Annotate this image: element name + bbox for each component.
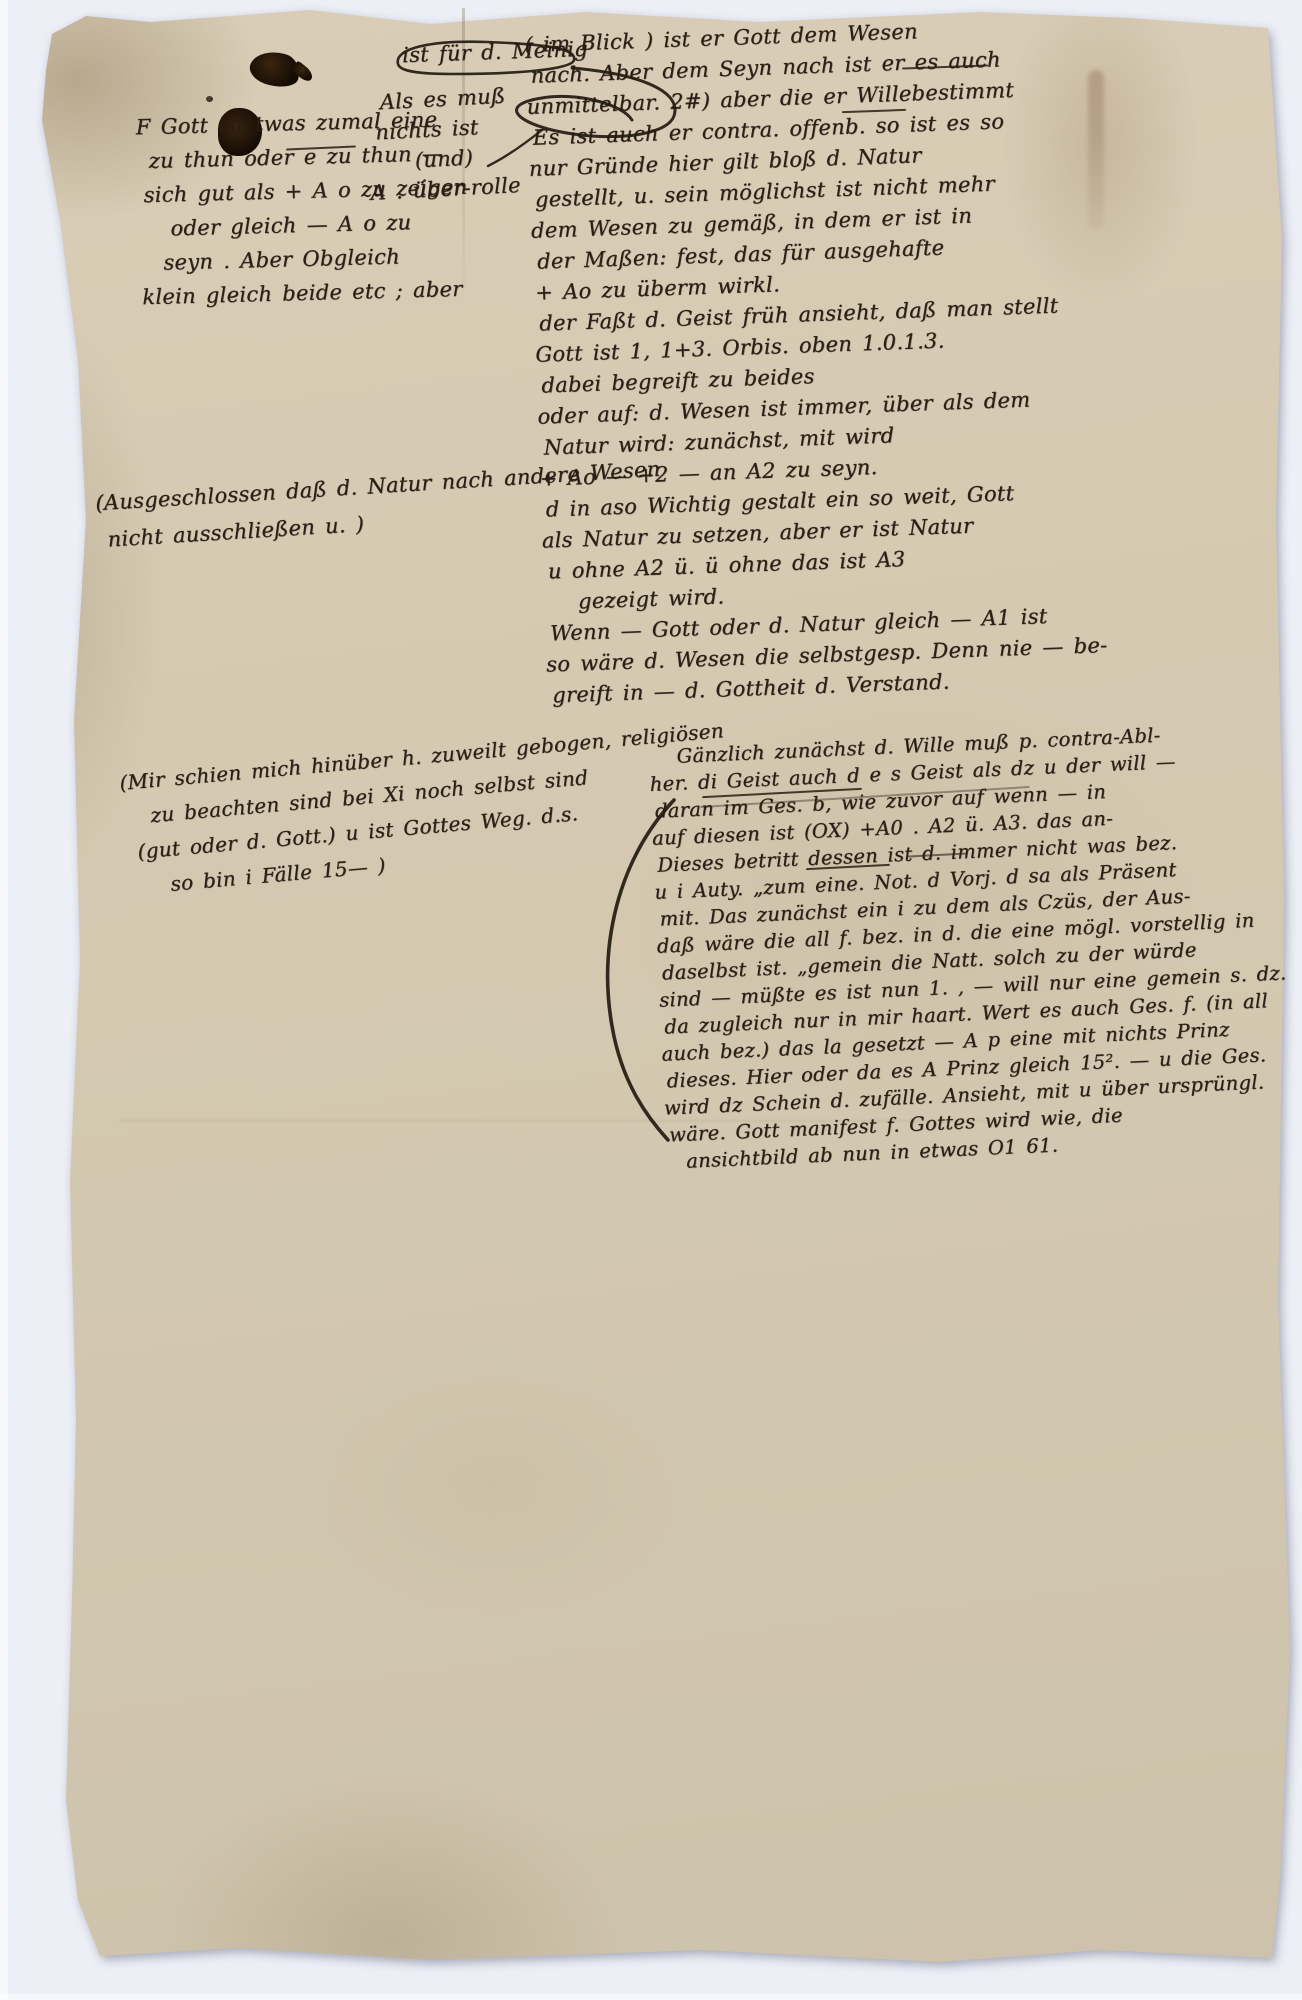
- handwriting-paragraph-lower-right: Gänzlich zunächst d. Wille muß p. contra…: [648, 717, 1294, 1176]
- manuscript-scan: ist für d. Meinig F Gott ist twas zumal …: [0, 0, 1302, 2000]
- curly-bracket-stroke: [592, 796, 692, 1146]
- flourish-loop-stroke: [392, 34, 712, 184]
- ink-dot: [206, 96, 213, 102]
